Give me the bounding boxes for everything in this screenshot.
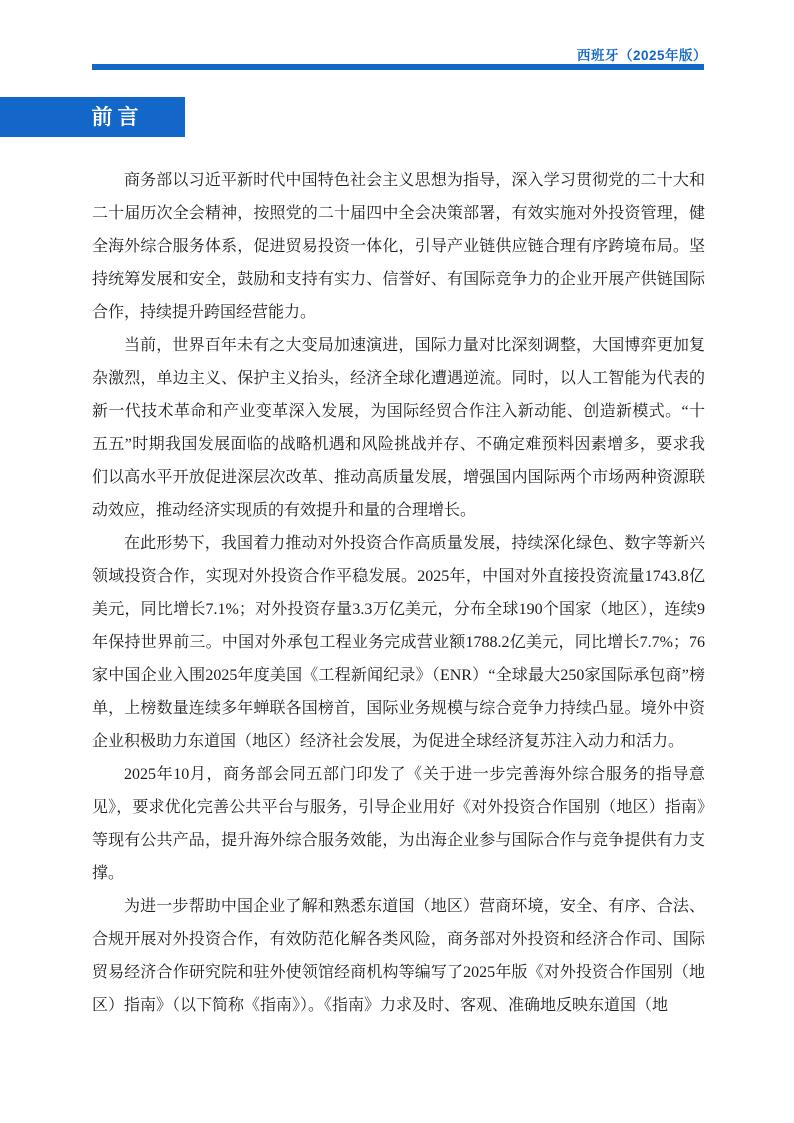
header-rule [92, 64, 704, 70]
preface-paragraph-4: 2025年10月，商务部会同五部门印发了《关于进一步完善海外综合服务的指导意见》… [92, 758, 705, 890]
preface-paragraph-2: 当前，世界百年未有之大变局加速演进，国际力量对比深刻调整，大国博弈更加复杂激烈，… [92, 329, 705, 527]
section-title: 前言 [92, 107, 144, 128]
section-title-banner: 前言 [0, 97, 185, 137]
header-country-label: 西班牙（2025年版） [577, 44, 707, 64]
preface-content: 商务部以习近平新时代中国特色社会主义思想为指导，深入学习贯彻党的二十大和二十届历… [92, 164, 705, 1022]
preface-paragraph-3: 在此形势下，我国着力推动对外投资合作高质量发展，持续深化绿色、数字等新兴领域投资… [92, 527, 705, 758]
preface-paragraph-1: 商务部以习近平新时代中国特色社会主义思想为指导，深入学习贯彻党的二十大和二十届历… [92, 164, 705, 329]
preface-paragraph-5: 为进一步帮助中国企业了解和熟悉东道国（地区）营商环境，安全、有序、合法、合规开展… [92, 890, 705, 1022]
